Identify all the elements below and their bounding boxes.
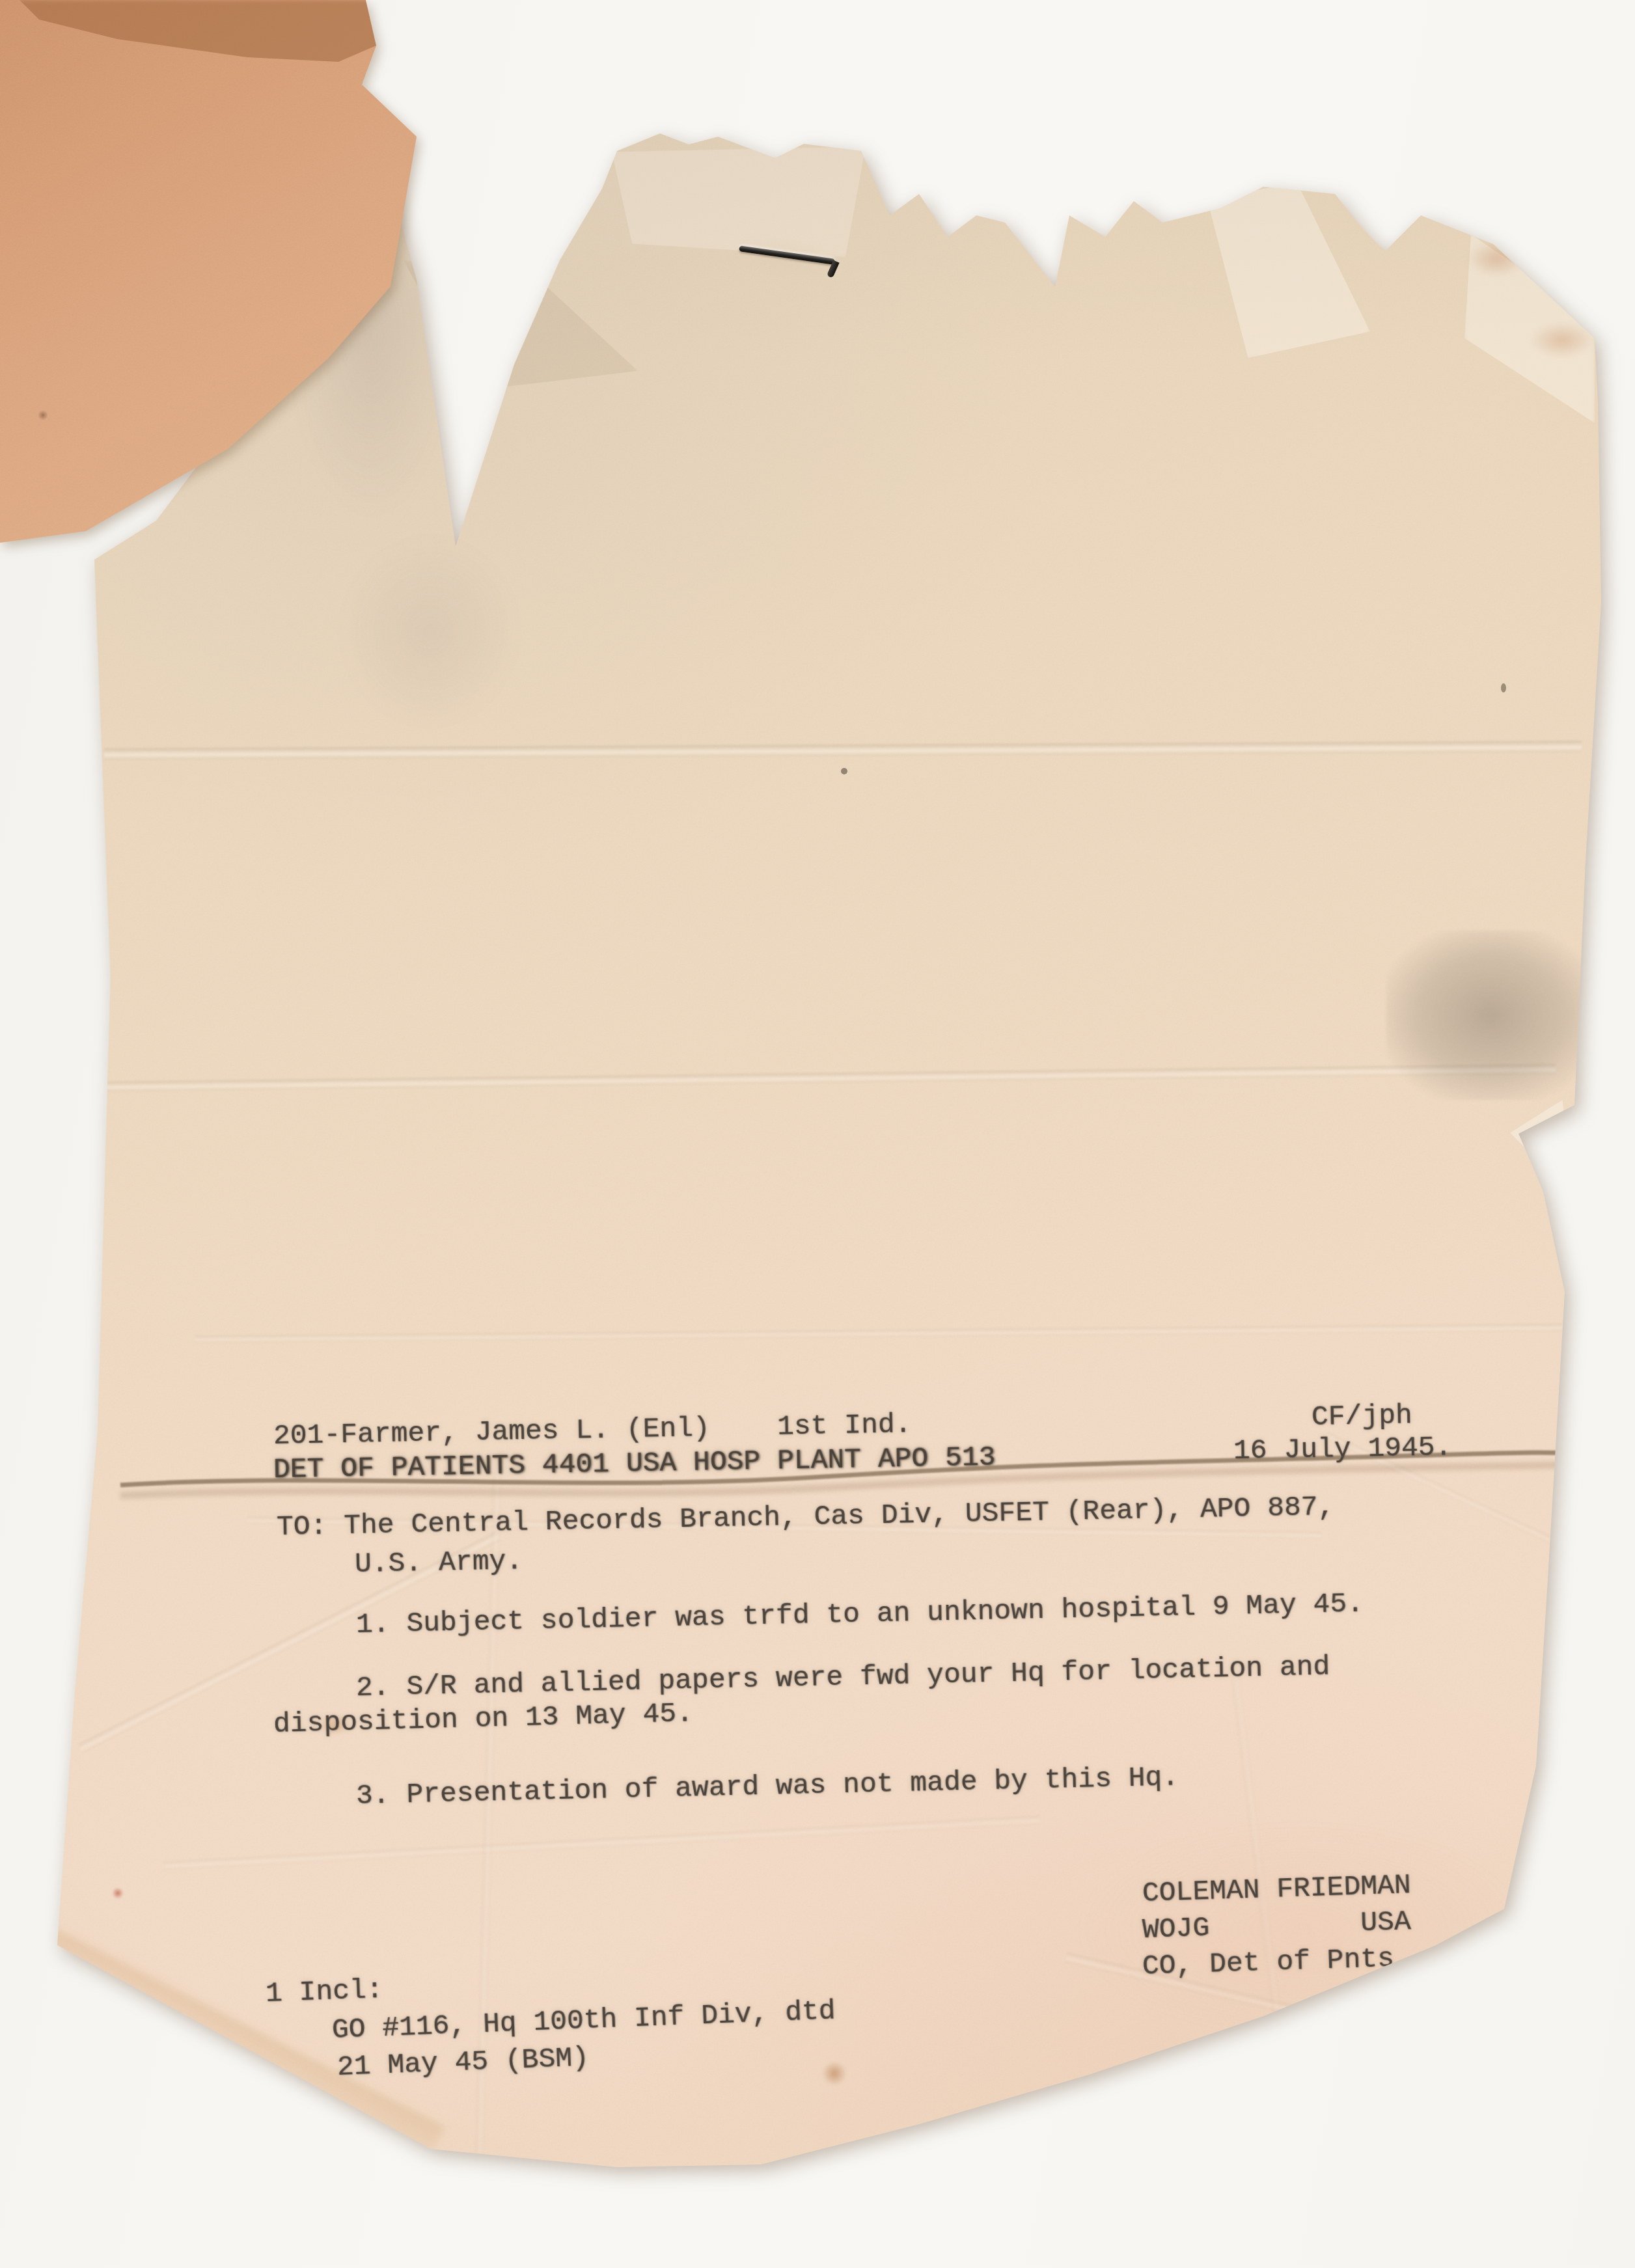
scan-background: 201-Farmer, James L. (Enl) 1st Ind. CF/j… (0, 0, 1635, 2268)
paper-grain-texture (0, 0, 469, 586)
back-sheet-shadow (0, 0, 1635, 2268)
back-sheet-torn-strip (0, 0, 391, 72)
dark-fleck (38, 410, 48, 420)
back-sheet (0, 0, 469, 586)
